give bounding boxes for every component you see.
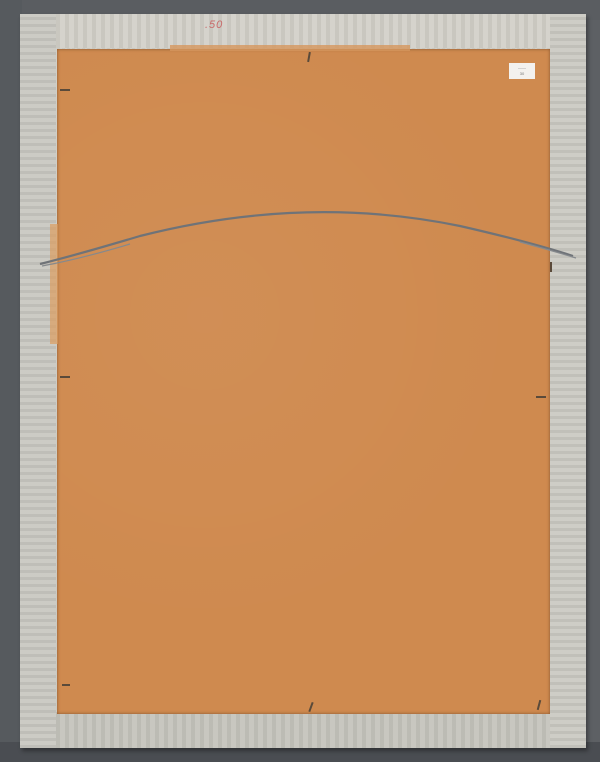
hanging-wire	[20, 14, 586, 748]
backdrop-left	[0, 0, 22, 762]
picture-frame: .50 —— 30	[20, 14, 586, 748]
